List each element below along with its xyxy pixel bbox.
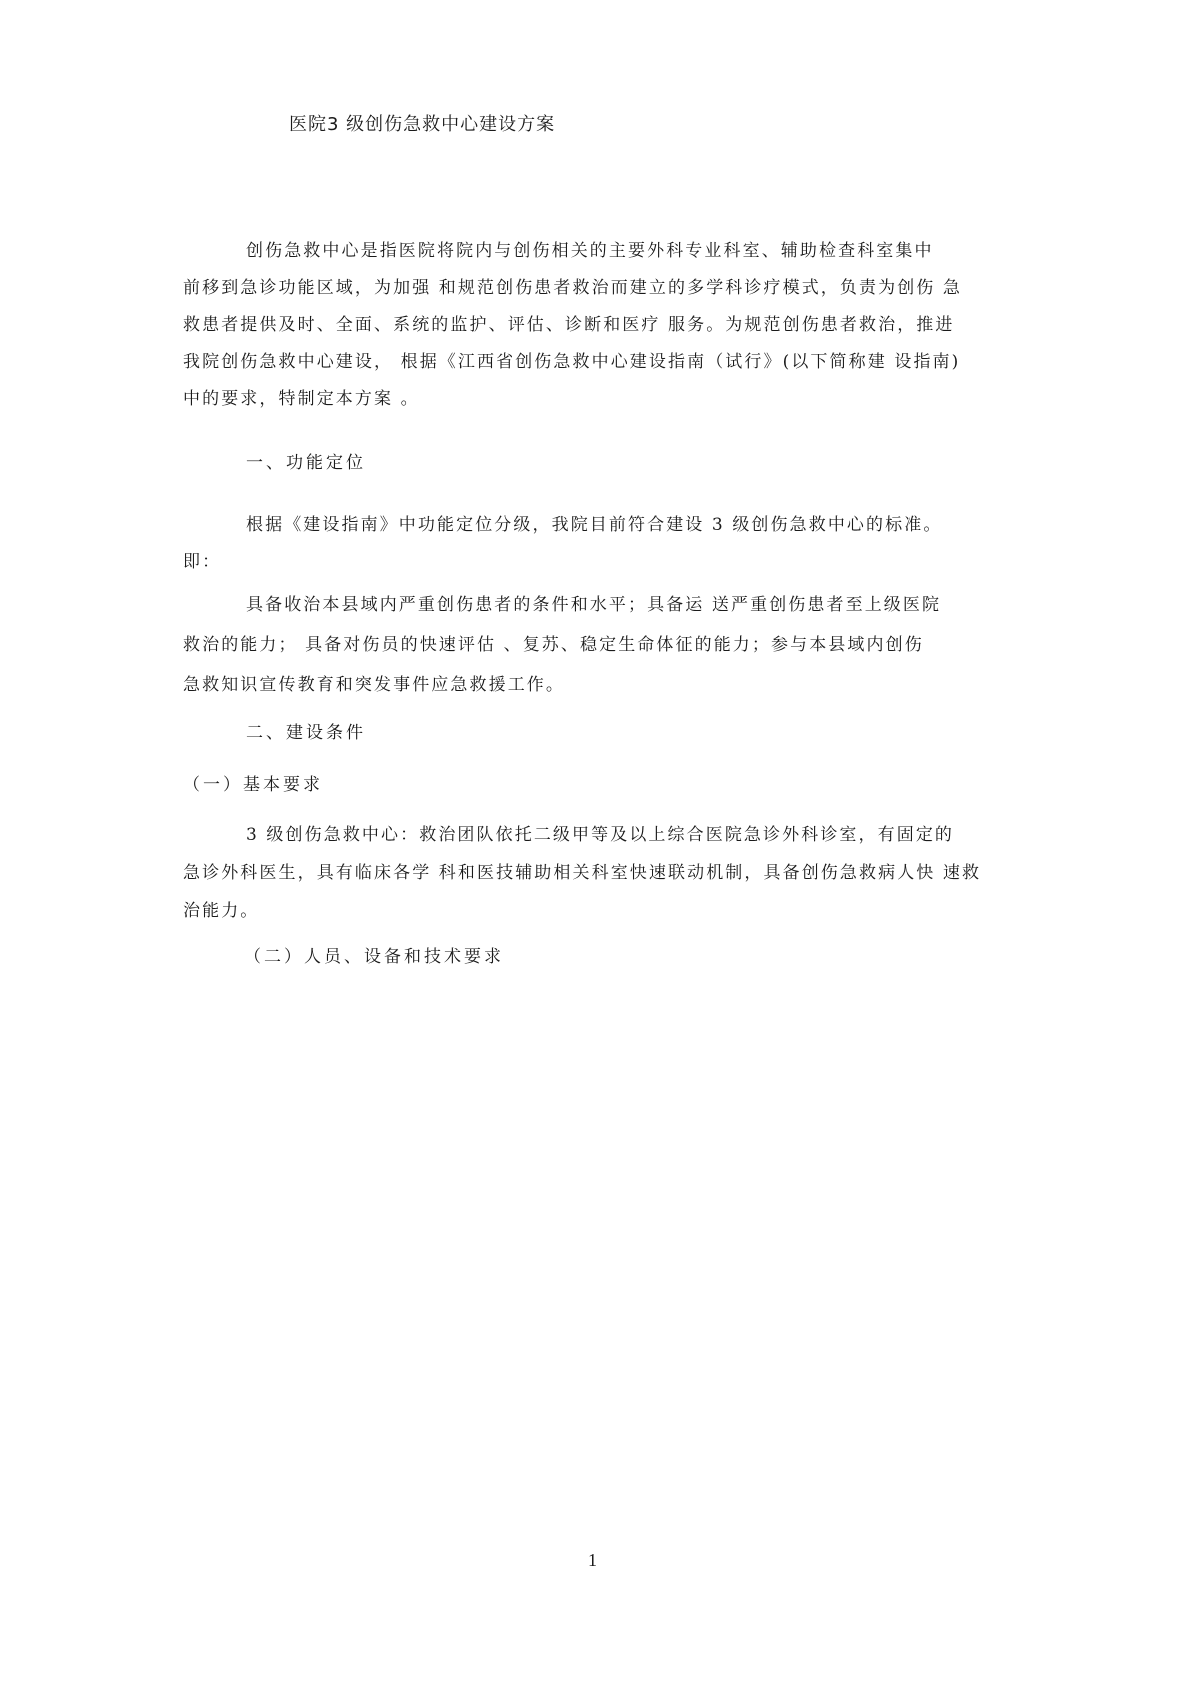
intro-line: 救患者提供及时、全面、系统的监护、评估、诊断和医疗 服务。为规范创伤患者救治，推… [183, 310, 1013, 335]
subsection-heading-staff: （二）人员、设备和技术要求 [244, 942, 1074, 967]
intro-line: 前移到急诊功能区域，为加强 和规范创伤患者救治而建立的多学科诊疗模式，负责为创伤… [183, 273, 1013, 298]
paragraph-line: 急救知识宣传教育和突发事件应急救援工作。 [183, 670, 1013, 695]
paragraph-line: 救治的能力； 具备对伤员的快速评估 、复苏、稳定生命体征的能力；参与本县域内创伤 [183, 630, 1013, 655]
section-heading-conditions: 二、建设条件 [246, 718, 1076, 743]
intro-line: 创伤急救中心是指医院将院内与创伤相关的主要外科专业科室、辅助检查科室集中 [246, 236, 1076, 261]
paragraph-line: 治能力。 [183, 896, 1013, 921]
subsection-heading-basic: （一）基本要求 [183, 770, 1013, 795]
paragraph-line: 即： [183, 547, 1013, 572]
intro-line: 我院创伤急救中心建设， 根据《江西省创伤急救中心建设指南（试行》(以下简称建 设… [183, 347, 1013, 372]
document-page: 医院3 级创伤急救中心建设方案 创伤急救中心是指医院将院内与创伤相关的主要外科专… [0, 0, 1190, 1684]
intro-line: 中的要求，特制定本方案 。 [183, 384, 1013, 409]
paragraph-line: 3 级创伤急救中心：救治团队依托二级甲等及以上综合医院急诊外科诊室，有固定的 [246, 820, 1076, 845]
paragraph-line: 根据《建设指南》中功能定位分级，我院目前符合建设 3 级创伤急救中心的标准。 [246, 510, 1076, 535]
document-title: 医院3 级创伤急救中心建设方案 [289, 110, 555, 136]
section-heading-function: 一、功能定位 [246, 448, 1076, 473]
paragraph-line: 急诊外科医生，具有临床各学 科和医技辅助相关科室快速联动机制，具备创伤急救病人快… [183, 858, 1013, 883]
page-number: 1 [588, 1550, 597, 1571]
paragraph-line: 具备收治本县域内严重创伤患者的条件和水平；具备运 送严重创伤患者至上级医院 [246, 590, 1076, 615]
